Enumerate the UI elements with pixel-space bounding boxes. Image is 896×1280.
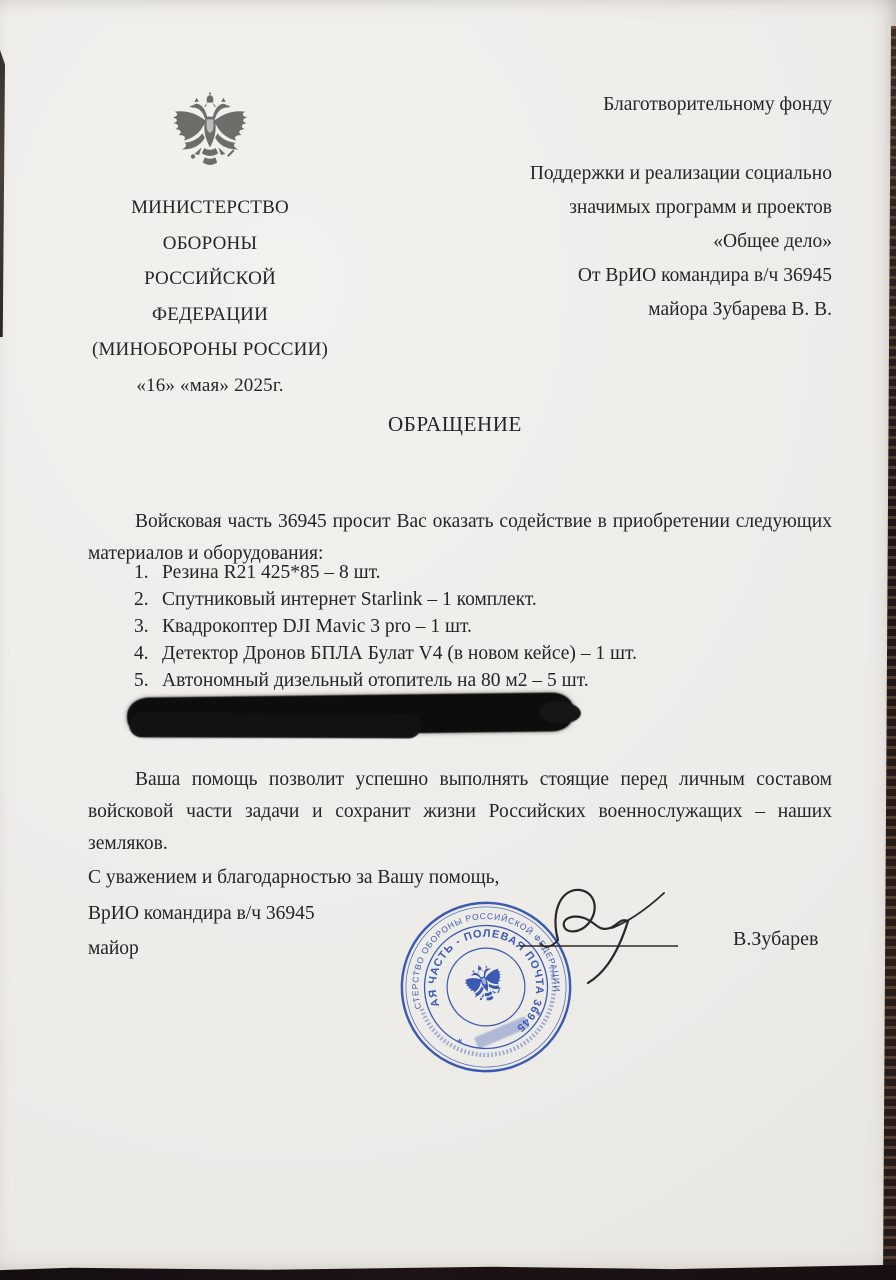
sender-block: МИНИСТЕРСТВО ОБОРОНЫ РОССИЙСКОЙ ФЕДЕРАЦИ… (86, 90, 334, 403)
document-title: ОБРАЩЕНИЕ (0, 412, 896, 437)
recipient-line-1: Благотворительному фонду (402, 88, 832, 122)
list-item-number: 5. (134, 667, 162, 694)
list-item-number: 4. (134, 640, 162, 667)
letter-page: МИНИСТЕРСТВО ОБОРОНЫ РОССИЙСКОЙ ФЕДЕРАЦИ… (0, 0, 896, 1280)
recipient-from-line: От ВрИО командира в/ч 36945 (402, 259, 832, 293)
list-item-text: Спутниковый интернет Starlink – 1 компле… (162, 586, 537, 613)
recipient-fund-name: «Общее дело» (402, 225, 832, 259)
list-item: 3. Квадрокоптер DJI Mavic 3 pro – 1 шт. (134, 613, 834, 640)
list-item-text: Квадрокоптер DJI Mavic 3 pro – 1 шт. (162, 613, 472, 640)
list-item-number: 2. (134, 586, 162, 613)
request-list: 1. Резина R21 425*85 – 8 шт. 2. Спутнико… (134, 559, 834, 694)
list-item: 4. Детектор Дронов БПЛА Булат V4 (в ново… (134, 640, 834, 667)
letter-date: «16» «мая» 2025г. (86, 368, 334, 404)
list-item-number: 3. (134, 613, 162, 640)
ministry-short-name: (МИНОБОРОНЫ РОССИИ) (86, 332, 334, 368)
handwritten-signature (492, 876, 844, 998)
ministry-name-line-2: РОССИЙСКОЙ ФЕДЕРАЦИИ (86, 261, 334, 332)
list-item-text: Резина R21 425*85 – 8 шт. (162, 559, 381, 586)
redacted-line (127, 692, 574, 736)
list-item: 2. Спутниковый интернет Starlink – 1 ком… (134, 586, 834, 613)
list-item: 5. Автономный дизельный отопитель на 80 … (134, 667, 834, 694)
recipient-officer-line: майора Зубарева В. В. (402, 293, 832, 327)
recipient-gap (402, 122, 832, 157)
list-item-number: 1. (134, 559, 162, 586)
closing-thanks-line: С уважением и благодарностью за Вашу пом… (88, 860, 499, 896)
recipient-line-3: значимых программ и проектов (402, 191, 832, 225)
recipient-block: Благотворительному фонду Поддержки и реа… (402, 88, 832, 327)
list-item: 1. Резина R21 425*85 – 8 шт. (134, 559, 834, 586)
ministry-name-line-1: МИНИСТЕРСТВО ОБОРОНЫ (86, 190, 334, 261)
outro-paragraph: Ваша помощь позволит успешно выполнять с… (88, 764, 832, 860)
russia-coat-of-arms-icon (146, 90, 274, 180)
list-item-text: Автономный дизельный отопитель на 80 м2 … (162, 667, 589, 694)
recipient-line-2: Поддержки и реализации социально (402, 157, 832, 191)
list-item-text: Детектор Дронов БПЛА Булат V4 (в новом к… (162, 640, 637, 667)
